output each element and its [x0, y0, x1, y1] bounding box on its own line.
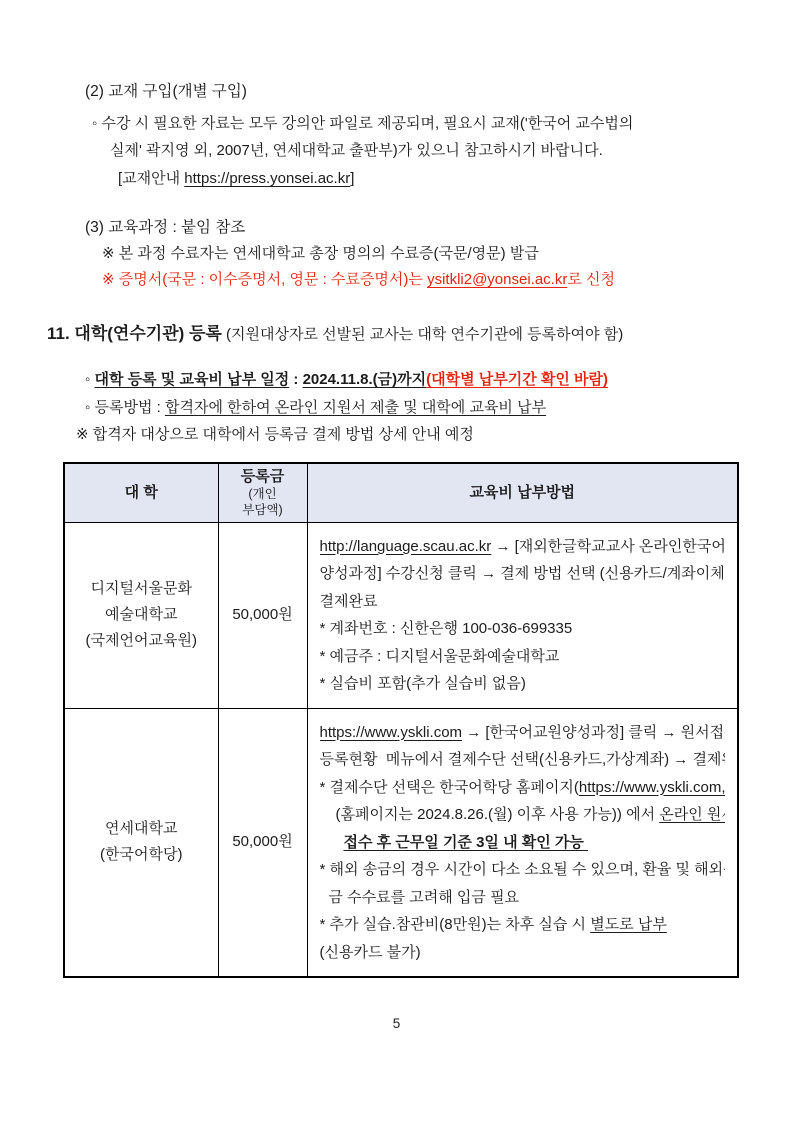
account-number-line: * 계좌번호 : 신한은행 100-036-699335: [320, 615, 726, 643]
overseas-remittance-line: * 해외 송금의 경우 시간이 다소 소요될 수 있으며, 환율 및 해외송: [320, 856, 726, 884]
header-fee: 등록금(개인부담액): [218, 463, 307, 522]
university-name-line: 연세대학교: [65, 816, 218, 842]
note2-prefix: ※ 증명서(국문 : 이수증명서, 영문 : 수료증명서)는: [102, 271, 427, 288]
guide-prefix: [교재안내: [118, 170, 184, 187]
university-name-line: (국제언어교육원): [65, 628, 218, 654]
method-label: 등록방법 :: [95, 399, 165, 416]
section11-title-main: 11. 대학(연수기관) 등록: [47, 324, 222, 343]
yskli-link[interactable]: https://www.yskli.com: [320, 724, 463, 741]
payment-method-line: https://www.yskli.com → [한국어교원양성과정] 클릭 →…: [320, 719, 726, 747]
press-yonsei-link[interactable]: https://press.yonsei.ac.kr: [184, 170, 350, 187]
confirmation-notice-line: 접수 후 근무일 기준 3일 내 확인 가능: [320, 829, 726, 857]
university-name-line: (한국어학당): [65, 842, 218, 868]
payment-method-line: 등록현황 메뉴에서 결제수단 선택(신용카드,가상계좌) → 결제완료: [320, 746, 726, 774]
method-description: 합격자에 한하여 온라인 지원서 제출 및 대학에 교육비 납부: [165, 399, 546, 416]
schedule-warning: (대학별 납부기간 확인 바람): [426, 371, 608, 388]
fee-cell: 50,000원: [218, 522, 307, 708]
scau-link[interactable]: http://language.scau.ac.kr: [320, 538, 492, 555]
item3-note2: ※ 증명서(국문 : 이수증명서, 영문 : 수료증명서)는 ysitkli2@…: [102, 267, 793, 293]
schedule-label: 대학 등록 및 교육비 납부 일정: [95, 371, 290, 388]
payment-method-cell: https://www.yskli.com → [한국어교원양성과정] 클릭 →…: [307, 708, 738, 977]
payment-method-line: http://language.scau.ac.kr → [재외한글학교교사 온…: [320, 533, 726, 561]
table-row-yonsei: 연세대학교 (한국어학당) 50,000원 https://www.yskli.…: [64, 708, 738, 977]
document-page: (2) 교재 구입(개별 구입) ◦ 수강 시 필요한 자료는 모두 강의안 파…: [0, 0, 793, 1121]
practice-fee-line: * 실습비 포함(추가 실습비 없음): [320, 670, 726, 698]
item3-heading: (3) 교육과정 : 붙임 참조: [85, 215, 793, 241]
method-text: → [한국어교원양성과정] 클릭 → 원서접수 →: [462, 724, 725, 741]
method-text: → [재외한글학교교사 온라인한국어교원: [491, 538, 725, 555]
payment-method-line: 양성과정] 수강신청 클릭 → 결제 방법 선택 (신용카드/계좌이체) →: [320, 560, 726, 588]
header-fee-sub2: 부담액): [219, 502, 307, 518]
table-row-dsca: 디지털서울문화 예술대학교 (국제언어교육원) 50,000원 http://l…: [64, 522, 738, 708]
university-name-line: 디지털서울문화: [65, 576, 218, 602]
yskli-homepage-link[interactable]: https://www.yskli.com,: [579, 779, 725, 796]
bullet-marker: ◦: [85, 399, 95, 416]
account-holder-line: * 예금주 : 디지털서울문화예술대학교: [320, 643, 726, 671]
header-fee-sub1: (개인: [219, 486, 307, 502]
item2-body-line1: ◦ 수강 시 필요한 자료는 모두 강의안 파일로 제공되며, 필요시 교재('…: [92, 110, 793, 137]
item2-heading: (2) 교재 구입(개별 구입): [85, 80, 793, 104]
item2-textbook-guide: [교재안내 https://press.yonsei.ac.kr]: [118, 165, 793, 192]
method-text: (홈페이지는 2024.8.26.(월) 이후 사용 가능)) 에서: [336, 806, 660, 823]
university-registration-table: 대 학 등록금(개인부담액) 교육비 납부방법 디지털서울문화 예술대학교 (국…: [63, 462, 739, 978]
separate-payment-text: 별도로 납부: [590, 916, 667, 933]
header-fee-main: 등록금: [241, 468, 284, 485]
university-name-cell: 디지털서울문화 예술대학교 (국제언어교육원): [64, 522, 218, 708]
item2-body-line2: 실제' 곽지영 외, 2007년, 연세대학교 출판부)가 있으니 참고하시기 …: [110, 137, 793, 164]
online-application-text: 온라인 원서: [659, 806, 725, 823]
header-payment-method: 교육비 납부방법: [307, 463, 738, 522]
schedule-deadline: 2024.11.8.(금)까지: [303, 371, 427, 388]
payment-method-line: (홈페이지는 2024.8.26.(월) 이후 사용 가능)) 에서 온라인 원…: [320, 801, 726, 829]
page-number: 5: [0, 1016, 793, 1031]
bullet-marker: ◦: [85, 371, 95, 388]
fee-cell: 50,000원: [218, 708, 307, 977]
payment-method-cell: http://language.scau.ac.kr → [재외한글학교교사 온…: [307, 522, 738, 708]
university-name-line: 예술대학교: [65, 602, 218, 628]
overseas-remittance-line2: 금 수수료를 고려해 입금 필요: [320, 884, 726, 912]
registration-method-line: ◦ 등록방법 : 합격자에 한하여 온라인 지원서 제출 및 대학에 교육비 납…: [85, 394, 793, 422]
university-name-cell: 연세대학교 (한국어학당): [64, 708, 218, 977]
method-text: * 추가 실습.참관비(8만원)는 차후 실습 시: [320, 916, 591, 933]
note2-suffix: 로 신청: [567, 271, 615, 288]
section11-title-note: (지원대상자로 선발된 교사는 대학 연수기관에 등록하여야 함): [222, 326, 623, 343]
extra-fee-line: * 추가 실습.참관비(8만원)는 차후 실습 시 별도로 납부: [320, 911, 726, 939]
certificate-email-link[interactable]: ysitkli2@yonsei.ac.kr: [427, 271, 567, 288]
item3-note1: ※ 본 과정 수료자는 연세대학교 총장 명의의 수료증(국문/영문) 발급: [102, 241, 793, 267]
schedule-separator: :: [289, 371, 302, 388]
table-header-row: 대 학 등록금(개인부담액) 교육비 납부방법: [64, 463, 738, 522]
payment-method-line: * 결제수단 선택은 한국어학당 홈페이지(https://www.yskli.…: [320, 774, 726, 802]
section11-title: 11. 대학(연수기관) 등록 (지원대상자로 선발된 교사는 대학 연수기관에…: [47, 320, 793, 349]
header-university: 대 학: [64, 463, 218, 522]
method-text: * 결제수단 선택은 한국어학당 홈페이지(: [320, 779, 579, 796]
no-credit-card-line: (신용카드 불가): [320, 939, 726, 967]
guide-suffix: ]: [350, 170, 354, 187]
payment-method-line: 결제완료: [320, 588, 726, 616]
section11-note: ※ 합격자 대상으로 대학에서 등록금 결제 방법 상세 안내 예정: [76, 422, 793, 448]
registration-schedule-line: ◦ 대학 등록 및 교육비 납부 일정 : 2024.11.8.(금)까지(대학…: [85, 366, 793, 394]
